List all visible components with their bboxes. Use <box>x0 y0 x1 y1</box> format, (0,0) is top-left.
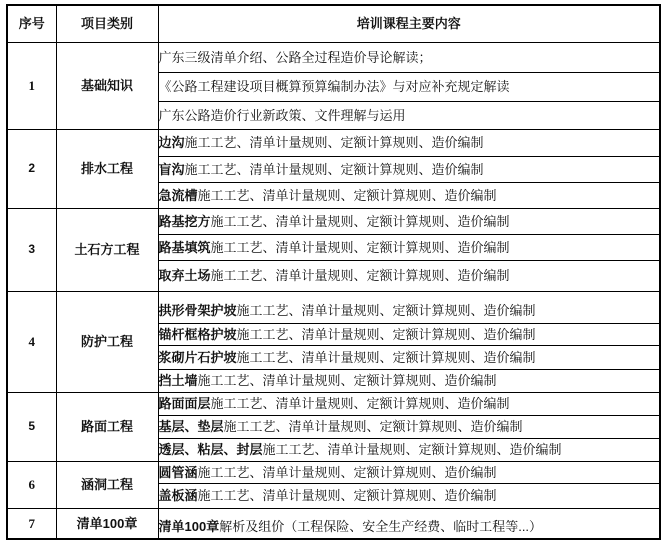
item-text: 施工工艺、清单计量规则、定额计算规则、造价编制 <box>237 350 536 365</box>
content-item: 锚杆框格护坡施工工艺、清单计量规则、定额计算规则、造价编制 <box>158 323 660 345</box>
item-highlight: 路基填筑 <box>159 240 211 255</box>
item-highlight: 急流槽 <box>159 188 198 203</box>
table-row: 7 清单100章 清单100章解析及组价（工程保险、安全生产经费、临时工程等..… <box>7 508 660 539</box>
content-item: 边沟施工工艺、清单计量规则、定额计算规则、造价编制 <box>158 129 660 156</box>
item-text: 施工工艺、清单计量规则、定额计算规则、造价编制 <box>211 268 510 283</box>
content-item: 透层、粘层、封层施工工艺、清单计量规则、定额计算规则、造价编制 <box>158 438 660 461</box>
item-highlight: 清单100章 <box>159 519 220 534</box>
row-number: 5 <box>7 392 56 461</box>
content-item: 路基挖方施工工艺、清单计量规则、定额计算规则、造价编制 <box>158 208 660 234</box>
row-number: 4 <box>7 291 56 392</box>
training-course-table: 序号 项目类别 培训课程主要内容 1 基础知识 广东三级清单介绍、公路全过程造价… <box>6 4 661 540</box>
row-number: 1 <box>7 42 56 129</box>
item-text: 施工工艺、清单计量规则、定额计算规则、造价编制 <box>211 240 510 255</box>
item-highlight: 锚杆框格护坡 <box>159 327 237 342</box>
row-number: 7 <box>7 508 56 539</box>
content-item: 路面面层施工工艺、清单计量规则、定额计算规则、造价编制 <box>158 392 660 415</box>
content-item: 路基填筑施工工艺、清单计量规则、定额计算规则、造价编制 <box>158 234 660 260</box>
item-text: 《公路工程建设项目概算预算编制办法》与对应补充规定解读 <box>159 79 510 94</box>
table-header-row: 序号 项目类别 培训课程主要内容 <box>7 5 660 42</box>
item-highlight: 取弃土场 <box>159 268 211 283</box>
row-category: 清单100章 <box>56 508 158 539</box>
item-text: 施工工艺、清单计量规则、定额计算规则、造价编制 <box>237 327 536 342</box>
content-item: 挡土墙施工工艺、清单计量规则、定额计算规则、造价编制 <box>158 369 660 392</box>
table-row: 4 防护工程 拱形骨架护坡施工工艺、清单计量规则、定额计算规则、造价编制 <box>7 291 660 323</box>
item-text: 施工工艺、清单计量规则、定额计算规则、造价编制 <box>198 465 497 480</box>
row-category: 防护工程 <box>56 291 158 392</box>
table-row: 3 土石方工程 路基挖方施工工艺、清单计量规则、定额计算规则、造价编制 <box>7 208 660 234</box>
table-row: 1 基础知识 广东三级清单介绍、公路全过程造价导论解读； <box>7 42 660 72</box>
item-text: 施工工艺、清单计量规则、定额计算规则、造价编制 <box>185 135 484 150</box>
item-text: 施工工艺、清单计量规则、定额计算规则、造价编制 <box>185 162 484 177</box>
row-category: 路面工程 <box>56 392 158 461</box>
row-category: 排水工程 <box>56 129 158 208</box>
item-highlight: 路基挖方 <box>159 214 211 229</box>
item-text: 施工工艺、清单计量规则、定额计算规则、造价编制 <box>198 373 497 388</box>
content-item: 《公路工程建设项目概算预算编制办法》与对应补充规定解读 <box>158 72 660 101</box>
item-highlight: 路面面层 <box>159 396 211 411</box>
row-category: 土石方工程 <box>56 208 158 291</box>
content-item: 拱形骨架护坡施工工艺、清单计量规则、定额计算规则、造价编制 <box>158 291 660 323</box>
item-text: 施工工艺、清单计量规则、定额计算规则、造价编制 <box>237 303 536 318</box>
item-text: 广东三级清单介绍、公路全过程造价导论解读； <box>159 50 432 65</box>
table-row: 6 涵洞工程 圆管涵施工工艺、清单计量规则、定额计算规则、造价编制 <box>7 461 660 483</box>
row-number: 3 <box>7 208 56 291</box>
content-item: 广东公路造价行业新政策、文件理解与运用 <box>158 101 660 129</box>
item-highlight: 浆砌片石护坡 <box>159 350 237 365</box>
header-no: 序号 <box>7 5 56 42</box>
item-text: 施工工艺、清单计量规则、定额计算规则、造价编制 <box>198 488 497 503</box>
table-row: 2 排水工程 边沟施工工艺、清单计量规则、定额计算规则、造价编制 <box>7 129 660 156</box>
item-text: 施工工艺、清单计量规则、定额计算规则、造价编制 <box>198 188 497 203</box>
item-highlight: 圆管涵 <box>159 465 198 480</box>
item-highlight: 盲沟 <box>159 162 185 177</box>
content-item: 基层、垫层施工工艺、清单计量规则、定额计算规则、造价编制 <box>158 415 660 438</box>
item-text: 施工工艺、清单计量规则、定额计算规则、造价编制 <box>224 419 523 434</box>
row-category: 涵洞工程 <box>56 461 158 508</box>
content-item: 清单100章解析及组价（工程保险、安全生产经费、临时工程等...） <box>158 508 660 539</box>
table-row: 5 路面工程 路面面层施工工艺、清单计量规则、定额计算规则、造价编制 <box>7 392 660 415</box>
item-text: 施工工艺、清单计量规则、定额计算规则、造价编制 <box>211 214 510 229</box>
content-item: 盲沟施工工艺、清单计量规则、定额计算规则、造价编制 <box>158 156 660 182</box>
content-item: 浆砌片石护坡施工工艺、清单计量规则、定额计算规则、造价编制 <box>158 345 660 369</box>
item-highlight: 盖板涵 <box>159 488 198 503</box>
header-content: 培训课程主要内容 <box>158 5 660 42</box>
item-text: 广东公路造价行业新政策、文件理解与运用 <box>159 108 406 123</box>
item-highlight: 基层、垫层 <box>159 419 224 434</box>
item-text: 施工工艺、清单计量规则、定额计算规则、造价编制 <box>211 396 510 411</box>
item-highlight: 边沟 <box>159 135 185 150</box>
item-highlight: 挡土墙 <box>159 373 198 388</box>
header-category: 项目类别 <box>56 5 158 42</box>
item-text: 解析及组价（工程保险、安全生产经费、临时工程等...） <box>219 519 542 534</box>
row-number: 2 <box>7 129 56 208</box>
item-highlight: 拱形骨架护坡 <box>159 303 237 318</box>
row-category: 基础知识 <box>56 42 158 129</box>
item-highlight: 透层、粘层、封层 <box>159 442 263 457</box>
content-item: 急流槽施工工艺、清单计量规则、定额计算规则、造价编制 <box>158 182 660 208</box>
row-number: 6 <box>7 461 56 508</box>
content-item: 取弃土场施工工艺、清单计量规则、定额计算规则、造价编制 <box>158 260 660 291</box>
content-item: 圆管涵施工工艺、清单计量规则、定额计算规则、造价编制 <box>158 461 660 483</box>
content-item: 盖板涵施工工艺、清单计量规则、定额计算规则、造价编制 <box>158 483 660 508</box>
content-item: 广东三级清单介绍、公路全过程造价导论解读； <box>158 42 660 72</box>
item-text: 施工工艺、清单计量规则、定额计算规则、造价编制 <box>263 442 562 457</box>
